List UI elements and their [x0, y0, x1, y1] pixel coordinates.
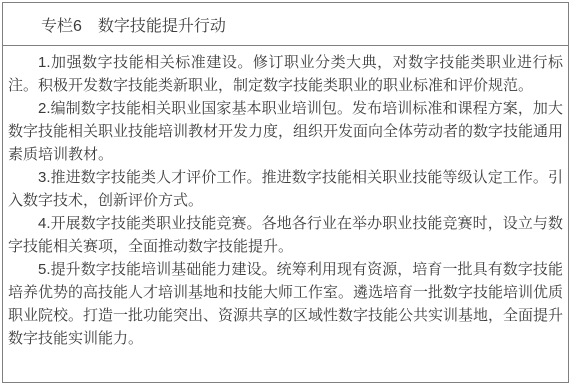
paragraph-training-package: 2.编制数字技能相关职业国家基本职业培训包。发布培训标准和课程方案，加大数字技能… — [8, 97, 563, 166]
panel-body: 1.加强数字技能相关标准建设。修订职业分类大典，对数字技能类职业进行标注。积极开… — [3, 46, 568, 350]
paragraph-training-capacity: 5.提升数字技能培训基础能力建设。统筹利用现有资源，培育一批具有数字技能培养优势… — [8, 258, 563, 350]
paragraph-standards: 1.加强数字技能相关标准建设。修订职业分类大典，对数字技能类职业进行标注。积极开… — [8, 51, 563, 97]
paragraph-skill-competitions: 4.开展数字技能类职业技能竞赛。各地各行业在举办职业技能竞赛时，设立与数字技能相… — [8, 212, 563, 258]
paragraph-talent-evaluation: 3.推进数字技能类人才评价工作。推进数字技能相关职业技能等级认定工作。引入数字技… — [8, 166, 563, 212]
column-panel: 专栏6 数字技能提升行动 1.加强数字技能相关标准建设。修订职业分类大典，对数字… — [2, 2, 569, 383]
panel-title: 专栏6 数字技能提升行动 — [3, 3, 568, 46]
